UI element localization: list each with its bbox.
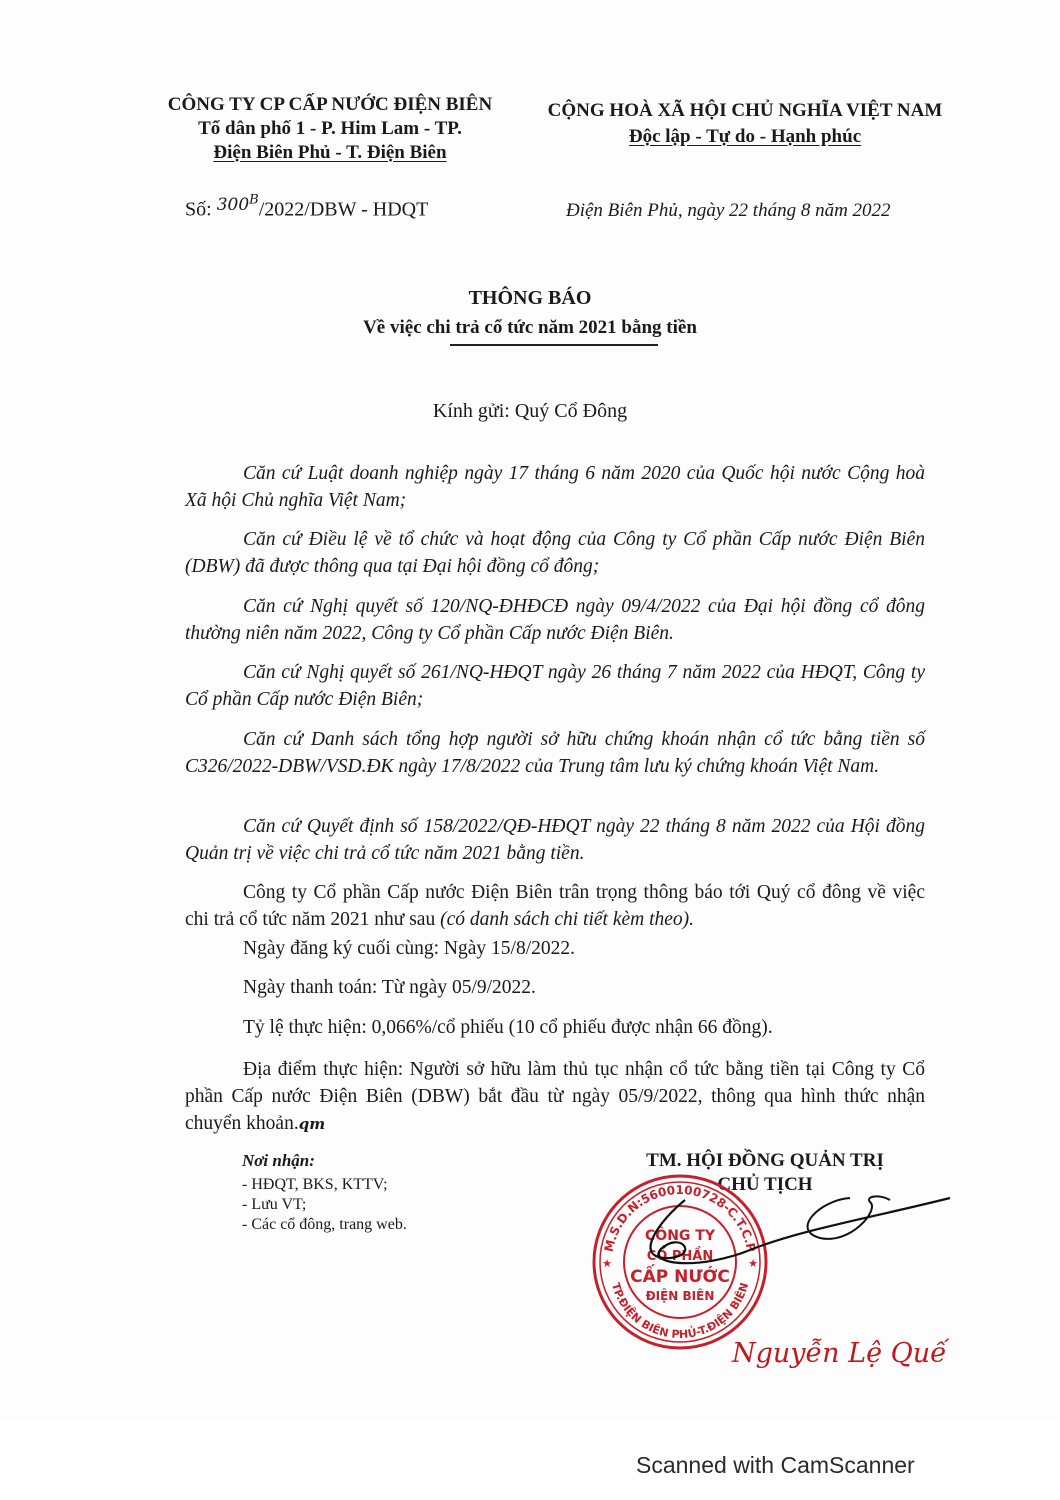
national-header: CỘNG HOÀ XÃ HỘI CHỦ NGHĨA VIỆT NAM Độc l… <box>520 98 970 150</box>
national-motto: Độc lập - Tự do - Hạnh phúc <box>520 124 970 150</box>
basis-3: Căn cứ Nghị quyết số 120/NQ-ĐHĐCĐ ngày 0… <box>185 593 925 647</box>
payout-ratio: Tỷ lệ thực hiện: 0,066%/cổ phiếu (10 cổ … <box>243 1017 773 1039</box>
recipient-item: - Lưu VT; <box>242 1195 407 1215</box>
basis-6: Căn cứ Quyết định số 158/2022/QĐ-HĐQT ng… <box>185 813 925 867</box>
payment-date: Ngày thanh toán: Từ ngày 05/9/2022. <box>243 977 536 999</box>
basis-1: Căn cứ Luật doanh nghiệp ngày 17 tháng 6… <box>185 460 925 514</box>
basis-4: Căn cứ Nghị quyết số 261/NQ-HĐQT ngày 26… <box>185 659 925 713</box>
handwritten-number: 300B <box>217 195 259 215</box>
company-address-line2: Điện Biên Phủ - T. Điện Biên <box>130 141 530 165</box>
company-name: CÔNG TY CP CẤP NƯỚC ĐIỆN BIÊN <box>130 93 530 117</box>
signer-name: Nguyễn Lệ Quế <box>732 1338 947 1369</box>
company-address-line1: Tổ dân phố 1 - P. Him Lam - TP. <box>130 117 530 141</box>
svg-text:★: ★ <box>602 1257 612 1270</box>
scanner-watermark: Scanned with CamScanner <box>636 1452 915 1479</box>
payment-location: Địa điểm thực hiện: Người sở hữu làm thủ… <box>185 1056 925 1138</box>
recipient-item: - Các cổ đông, trang web. <box>242 1215 407 1235</box>
basis-5: Căn cứ Danh sách tổng hợp người sở hữu c… <box>185 726 925 780</box>
initial-mark: qm <box>299 1115 325 1133</box>
place-date: Điện Biên Phủ, ngày 22 tháng 8 năm 2022 <box>566 200 891 222</box>
announcement: Công ty Cổ phần Cấp nước Điện Biên trân … <box>185 879 925 933</box>
document-title: THÔNG BÁO <box>0 287 1060 310</box>
salutation: Kính gửi: Quý Cổ Đông <box>0 400 1060 423</box>
handwritten-signature <box>640 1190 1000 1310</box>
subtitle-underline <box>450 344 658 346</box>
document-page: CÔNG TY CP CẤP NƯỚC ĐIỆN BIÊN Tổ dân phố… <box>0 0 1060 1420</box>
document-number: Số: 300B/2022/DBW - HDQT <box>185 198 428 222</box>
basis-2: Căn cứ Điều lệ về tổ chức và hoạt động c… <box>185 526 925 580</box>
national-title: CỘNG HOÀ XÃ HỘI CHỦ NGHĨA VIỆT NAM <box>520 98 970 124</box>
document-subtitle: Về việc chi trả cổ tức năm 2021 bằng tiề… <box>0 317 1060 339</box>
company-header: CÔNG TY CP CẤP NƯỚC ĐIỆN BIÊN Tổ dân phố… <box>130 93 530 165</box>
recipients: Nơi nhận: - HĐQT, BKS, KTTV; - Lưu VT; -… <box>242 1151 407 1235</box>
record-date: Ngày đăng ký cuối cùng: Ngày 15/8/2022. <box>243 938 575 960</box>
recipient-item: - HĐQT, BKS, KTTV; <box>242 1175 407 1195</box>
